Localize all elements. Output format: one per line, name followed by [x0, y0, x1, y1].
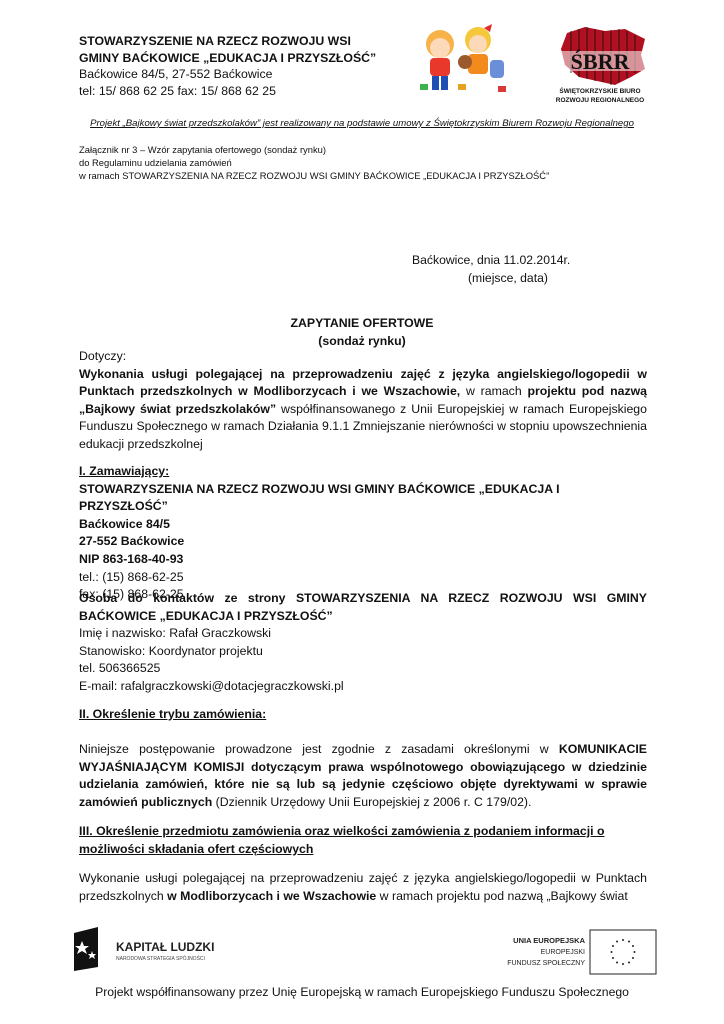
svg-text:UNIA EUROPEJSKA: UNIA EUROPEJSKA: [513, 936, 585, 945]
section2-heading: II. Określenie trybu zamówienia:: [79, 706, 647, 724]
document-title: ZAPYTANIE OFERTOWE (sondaż rynku): [0, 314, 724, 350]
svg-text:EUROPEJSKI: EUROPEJSKI: [541, 949, 585, 956]
annex-line1: Załącznik nr 3 – Wzór zapytania ofertowe…: [79, 143, 549, 156]
ordering-party-name: STOWARZYSZENIA NA RZECZ ROZWOJU WSI GMIN…: [79, 482, 560, 514]
ordering-party-city: 27-552 Baćkowice: [79, 534, 184, 548]
organization-header: STOWARZYSZENIE NA RZECZ ROZWOJU WSI GMIN…: [79, 33, 376, 99]
regarding-label: Dotyczy:: [79, 348, 647, 366]
title-main: ZAPYTANIE OFERTOWE: [0, 314, 724, 332]
sbrr-logo: ŚBRR ŚWIĘTOKRZYSKIE BIURO ROZWOJU REGION…: [545, 25, 655, 110]
org-name-line2: GMINY BAĆKOWICE „EDUKACJA I PRZYSZŁOŚĆ”: [79, 50, 376, 67]
org-name-line1: STOWARZYSZENIE NA RZECZ ROZWOJU WSI: [79, 33, 376, 50]
project-agreement-line: Projekt „Bajkowy świat przedszkolaków” j…: [0, 118, 724, 129]
svg-text:ROZWOJU REGIONALNEGO: ROZWOJU REGIONALNEGO: [556, 97, 644, 104]
svg-text:KAPITAŁ LUDZKI: KAPITAŁ LUDZKI: [116, 940, 214, 954]
place-date-value: Baćkowice, dnia 11.02.2014r.: [412, 251, 570, 269]
ordering-party-street: Baćkowice 84/5: [79, 517, 170, 531]
section1-heading: I. Zamawiający:: [79, 463, 647, 481]
kapital-ludzki-logo: KAPITAŁ LUDZKI NARODOWA STRATEGIA SPÓJNO…: [70, 927, 230, 971]
svg-text:ŚWIĘTOKRZYSKIE BIURO: ŚWIĘTOKRZYSKIE BIURO: [559, 86, 640, 95]
annex-info: Załącznik nr 3 – Wzór zapytania ofertowe…: [79, 143, 549, 182]
regarding-section: Dotyczy: Wykonania usługi polegającej na…: [79, 348, 647, 454]
eu-efs-logo: UNIA EUROPEJSKA EUROPEJSKI FUNDUSZ SPOŁE…: [470, 927, 660, 975]
section3-text: Wykonanie usługi polegającej na przeprow…: [79, 870, 647, 905]
place-date: Baćkowice, dnia 11.02.2014r. (miejsce, d…: [412, 251, 570, 287]
svg-text:FUNDUSZ SPOŁECZNY: FUNDUSZ SPOŁECZNY: [507, 960, 585, 967]
contact-name: Imię i nazwisko: Rafał Graczkowski: [79, 625, 647, 643]
annex-line2: do Regulaminu udzielania zamówień: [79, 156, 549, 169]
annex-line3: w ramach STOWARZYSZENIA NA RZECZ ROZWOJU…: [79, 169, 549, 182]
ordering-party-tel: tel.: (15) 868-62-25: [79, 569, 647, 587]
contact-tel: tel. 506366525: [79, 660, 647, 678]
section3-heading: III. Określenie przedmiotu zamówienia or…: [79, 823, 647, 858]
contact-email[interactable]: E-mail: rafalgraczkowski@dotacjegraczkow…: [79, 678, 647, 696]
contact-person: Osoba do kontaktów ze strony STOWARZYSZE…: [79, 590, 647, 696]
section-ordering-party: I. Zamawiający: STOWARZYSZENIA NA RZECZ …: [79, 463, 647, 604]
org-address: Baćkowice 84/5, 27-552 Baćkowice: [79, 66, 376, 83]
sbrr-logo-text: ŚBRR: [571, 49, 631, 74]
svg-text:NARODOWA STRATEGIA SPÓJNOŚCI: NARODOWA STRATEGIA SPÓJNOŚCI: [116, 954, 205, 962]
org-phone: tel: 15/ 868 62 25 fax: 15/ 868 62 25: [79, 83, 376, 100]
footer-cofinance-text: Projekt współfinansowany przez Unię Euro…: [0, 985, 724, 999]
ordering-party-nip: NIP 863-168-40-93: [79, 552, 183, 566]
regarding-text: Wykonania usługi polegającej na przeprow…: [79, 366, 647, 454]
contact-heading: Osoba do kontaktów ze strony STOWARZYSZE…: [79, 591, 647, 623]
place-date-label: (miejsce, data): [412, 269, 570, 287]
section2-text: Niniejsze postępowanie prowadzone jest z…: [79, 741, 647, 811]
children-logo-icon: [410, 22, 520, 98]
contact-position: Stanowisko: Koordynator projektu: [79, 643, 647, 661]
